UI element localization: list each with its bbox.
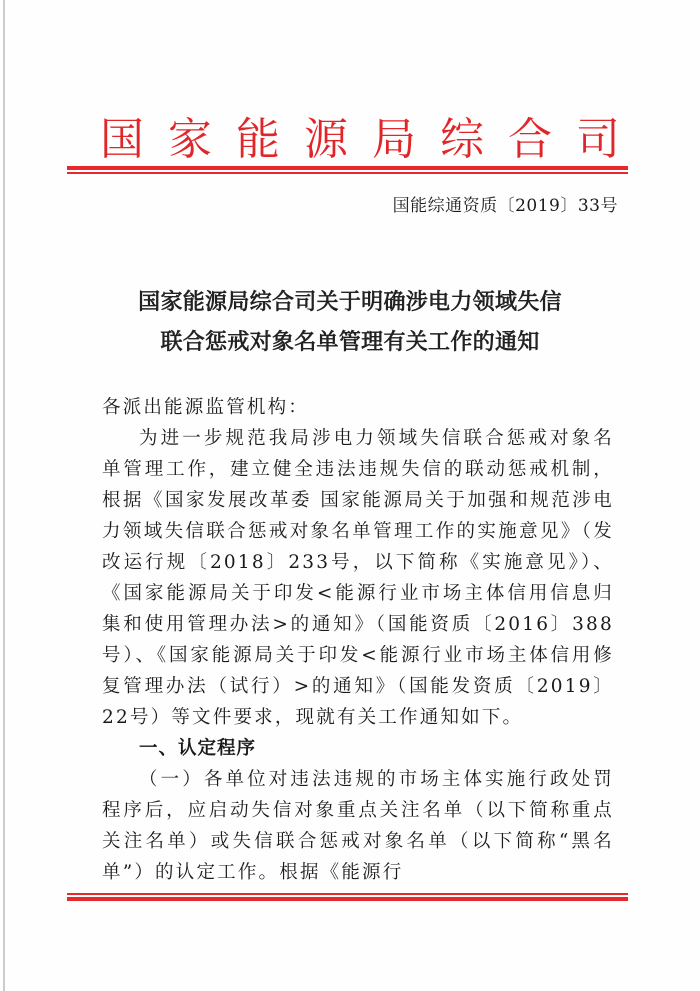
- letterhead-char: 能: [236, 112, 280, 168]
- section-heading: 一、认定程序: [102, 733, 614, 764]
- section-paragraph: （一）各单位对违法违规的市场主体实施行政处罚程序后，应启动失信对象重点关注名单（…: [102, 764, 614, 888]
- letterhead-char: 国: [100, 112, 144, 168]
- letterhead-char: 司: [576, 112, 620, 168]
- footer-rule-thin: [67, 893, 628, 895]
- header-rule-thin: [67, 172, 628, 174]
- intro-paragraph: 为进一步规范我局涉电力领域失信联合惩戒对象名单管理工作，建立健全违法违规失信的联…: [102, 423, 614, 733]
- letterhead-char: 综: [440, 112, 484, 168]
- letterhead-char: 局: [372, 112, 416, 168]
- scan-edge: [3, 0, 5, 991]
- letterhead-char: 合: [508, 112, 552, 168]
- salutation: 各派出能源监管机构：: [102, 392, 614, 423]
- document-number: 国能综通资质〔2019〕33号: [393, 193, 618, 219]
- letterhead-org-name: 国 家 能 源 局 综 合 司: [100, 112, 620, 168]
- document-title-line1: 国家能源局综合司关于明确涉电力领域失信: [60, 285, 640, 316]
- document-body: 各派出能源监管机构： 为进一步规范我局涉电力领域失信联合惩戒对象名单管理工作，建…: [102, 392, 614, 888]
- footer-rule-thick: [67, 897, 628, 901]
- document-page: 国 家 能 源 局 综 合 司 国能综通资质〔2019〕33号 国家能源局综合司…: [0, 0, 700, 991]
- header-rule-thick: [67, 166, 628, 170]
- document-title-line2: 联合惩戒对象名单管理有关工作的通知: [60, 325, 640, 356]
- letterhead-char: 源: [304, 112, 348, 168]
- letterhead-char: 家: [168, 112, 212, 168]
